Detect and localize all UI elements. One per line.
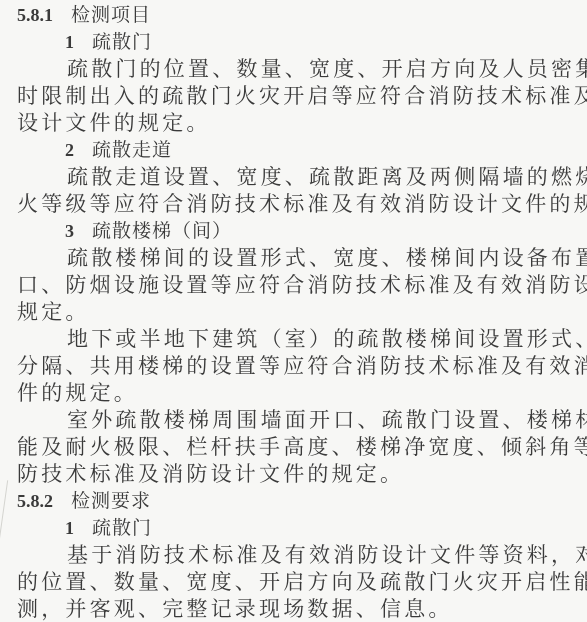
item-heading-evacuation-stairs: 3疏散楼梯（间）: [17, 218, 572, 245]
section-number: 5.8.1: [17, 5, 53, 25]
paragraph-line: 疏散门的位置、数量、宽度、开启方向及人员密集场所内平: [17, 56, 572, 83]
paragraph-line: 件的规定。: [17, 380, 572, 407]
scan-artifact-line: [0, 480, 8, 540]
paragraph-line: 基于消防技术标准及有效消防设计文件等资料，对疏散门: [17, 542, 572, 569]
item-number: 1: [65, 518, 74, 538]
paragraph-line: 地下或半地下建筑（室）的疏散楼梯间设置形式、首层防火: [17, 326, 572, 353]
item-heading-evacuation-door-requirements: 1疏散门: [17, 515, 572, 542]
section-number: 5.8.2: [17, 491, 53, 511]
item-heading-evacuation-door: 1疏散门: [17, 29, 572, 56]
paragraph-line: 火等级等应符合消防技术标准及有效消防设计文件的规定。: [17, 191, 572, 218]
item-title: 疏散走道: [92, 139, 172, 161]
paragraph-line: 设计文件的规定。: [17, 110, 572, 137]
paragraph-line: 规定。: [17, 299, 572, 326]
paragraph-line: 疏散楼梯间的设置形式、宽度、楼梯间内设备布置、墙面开: [17, 245, 572, 272]
section-title: 检测项目: [71, 4, 151, 26]
paragraph-line: 口、防烟设施设置等应符合消防技术标准及有效消防设计文件的: [17, 272, 572, 299]
document-page: 5.8.1检测项目 1疏散门 疏散门的位置、数量、宽度、开启方向及人员密集场所内…: [17, 2, 572, 622]
item-number: 2: [65, 140, 74, 160]
paragraph-line: 能及耐火极限、栏杆扶手高度、楼梯净宽度、倾斜角等应符合消: [17, 434, 572, 461]
paragraph-line: 防技术标准及消防设计文件的规定。: [17, 461, 572, 488]
paragraph-line: 测，并客观、完整记录现场数据、信息。: [17, 596, 572, 622]
item-number: 1: [65, 32, 74, 52]
paragraph-line: 分隔、共用楼梯的设置等应符合消防技术标准及有效消防设计文: [17, 353, 572, 380]
section-title: 检测要求: [71, 490, 151, 512]
section-heading-5-8-2: 5.8.2检测要求: [17, 488, 572, 515]
item-heading-evacuation-corridor: 2疏散走道: [17, 137, 572, 164]
paragraph-line: 时限制出入的疏散门火灾开启等应符合消防技术标准及有效消防: [17, 83, 572, 110]
item-title: 疏散门: [92, 31, 152, 53]
paragraph-line: 疏散走道设置、宽度、疏散距离及两侧隔墙的燃烧性能、耐: [17, 164, 572, 191]
paragraph-line: 室外疏散楼梯周围墙面开口、疏散门设置、楼梯材料燃烧性: [17, 407, 572, 434]
section-heading-5-8-1: 5.8.1检测项目: [17, 2, 572, 29]
paragraph-line: 的位置、数量、宽度、开启方向及疏散门火灾开启性能等进行检: [17, 569, 572, 596]
item-title: 疏散门: [92, 517, 152, 539]
item-number: 3: [65, 221, 74, 241]
item-title: 疏散楼梯（间）: [92, 220, 232, 242]
